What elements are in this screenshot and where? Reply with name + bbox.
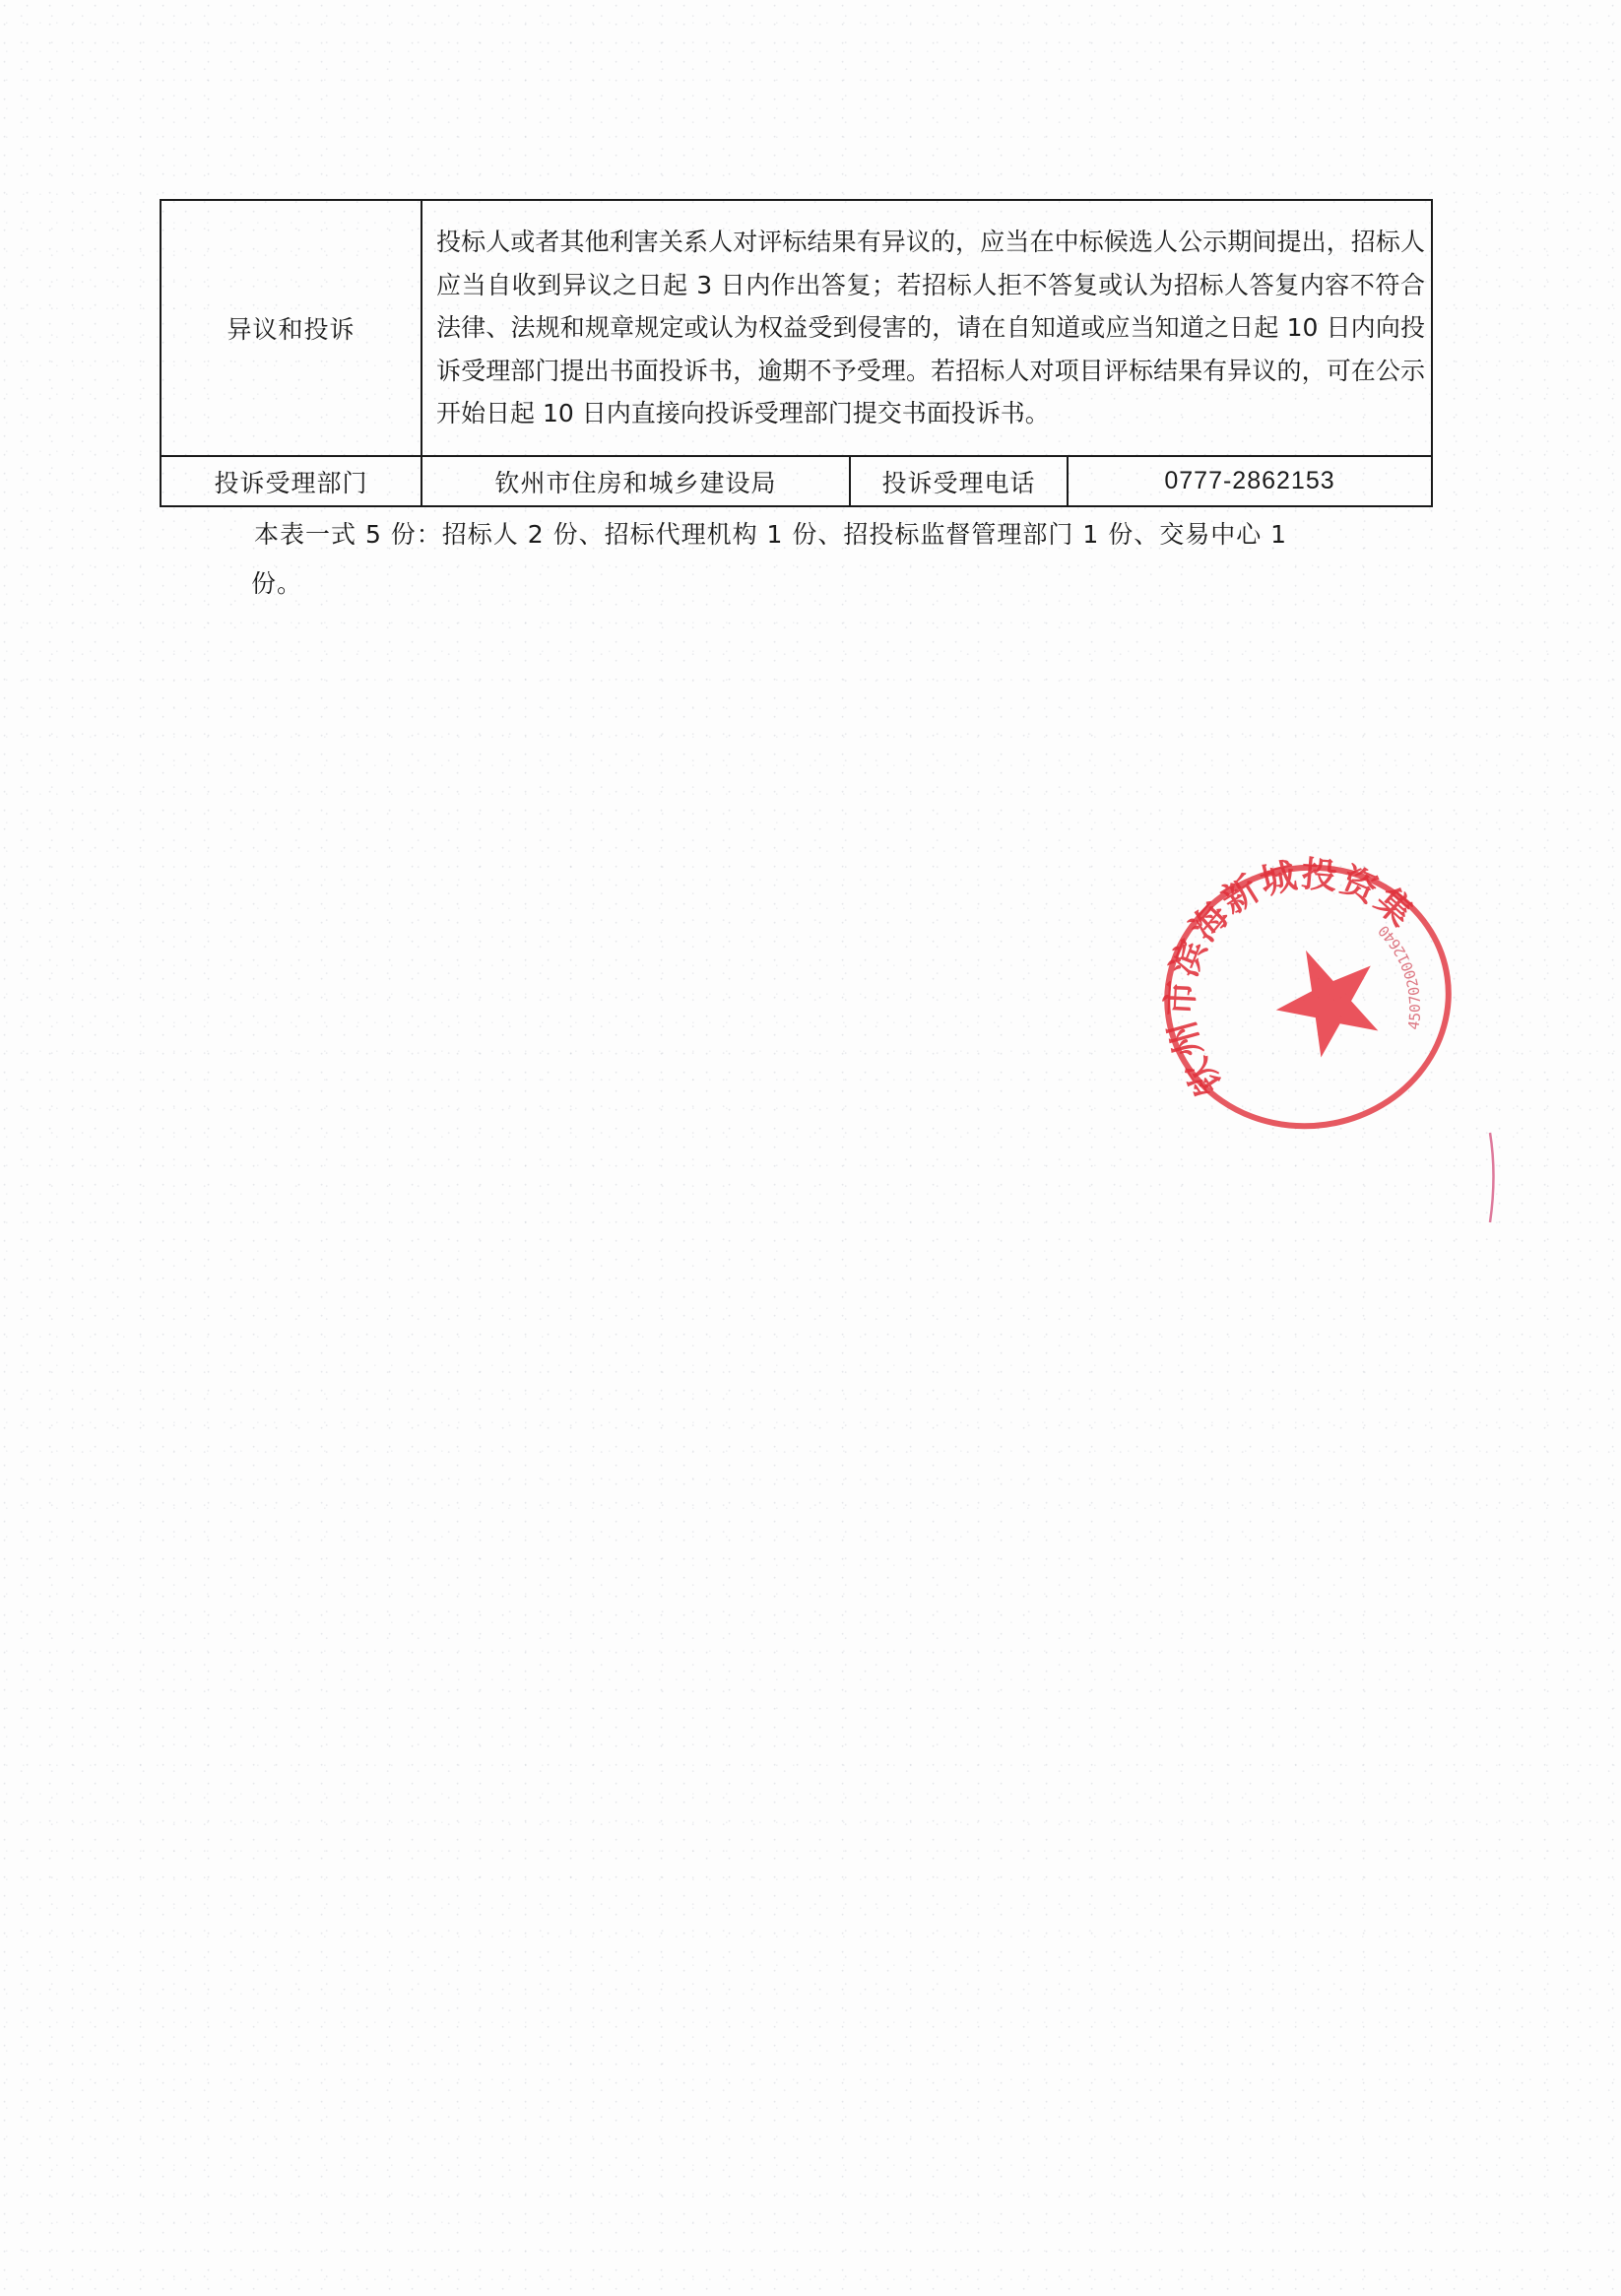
complaint-department-value: 钦州市住房和城乡建设局 [421,456,850,506]
footnote-line-1: 本表一式 5 份：招标人 2 份、招标代理机构 1 份、招投标监督管理部门 1 … [254,510,1367,559]
complaint-row: 投诉受理部门 钦州市住房和城乡建设局 投诉受理电话 0777-2862153 [161,456,1432,506]
seal-organization-text: 钦州市滨海新城投资集团有限公司 [1131,847,1422,1102]
objection-content: 投标人或者其他利害关系人对评标结果有异议的，应当在中标候选人公示期间提出，招标人… [421,200,1432,456]
objection-label: 异议和投诉 [161,200,421,456]
copies-footnote: 本表一式 5 份：招标人 2 份、招标代理机构 1 份、招投标监督管理部门 1 … [254,510,1367,609]
company-seal: 钦州市滨海新城投资集团有限公司 4507020012640 [1131,847,1485,1143]
seal-code-text: 4507020012640 [1375,922,1424,1031]
complaint-department-label: 投诉受理部门 [161,456,421,506]
footnote-line-2: 份。 [251,559,1367,609]
complaint-phone-value: 0777-2862153 [1068,456,1432,506]
objection-complaint-table: 异议和投诉 投标人或者其他利害关系人对评标结果有异议的，应当在中标候选人公示期间… [160,199,1433,507]
objection-row: 异议和投诉 投标人或者其他利害关系人对评标结果有异议的，应当在中标候选人公示期间… [161,200,1432,456]
complaint-phone-label: 投诉受理电话 [850,456,1068,506]
star-icon [1259,928,1396,1066]
seal-edge-mark [1487,1131,1499,1224]
